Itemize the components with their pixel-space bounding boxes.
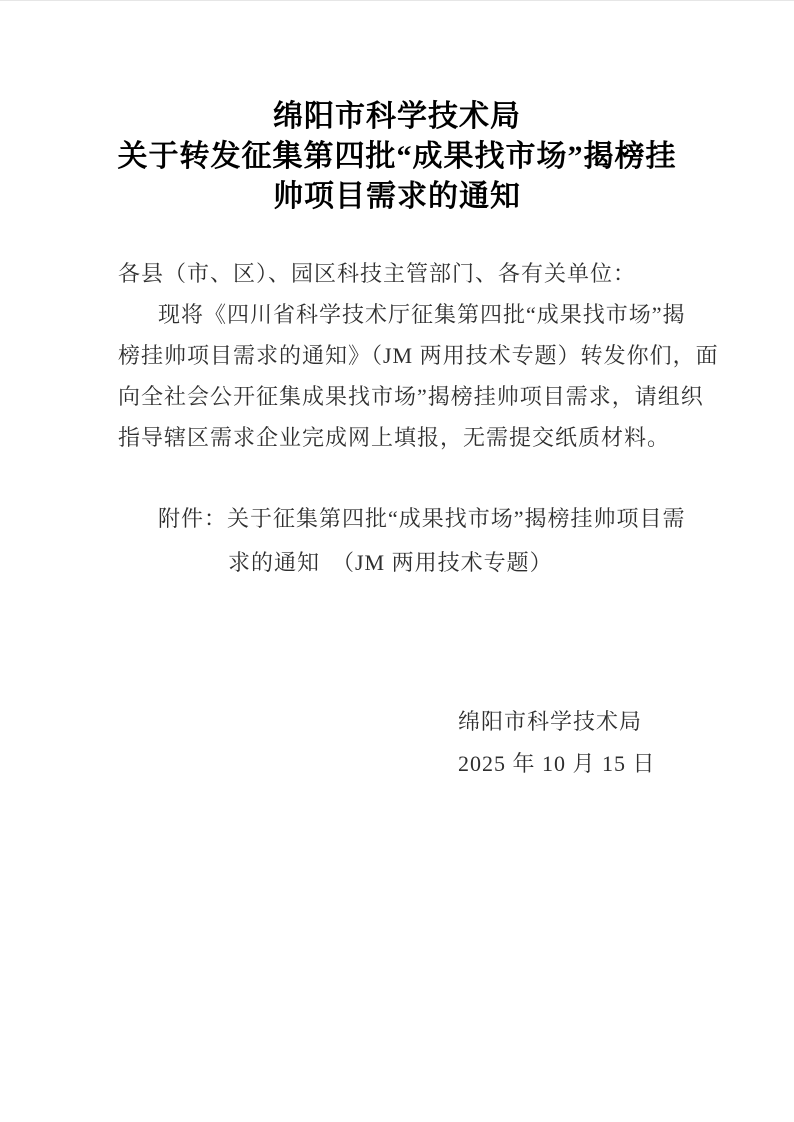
salutation: 各县（市、区）、园区科技主管部门、各有关单位：	[118, 253, 678, 294]
title-line-3: 帅项目需求的通知	[0, 177, 794, 217]
issuing-authority: 绵阳市科学技术局	[458, 701, 656, 743]
issue-date: 2025 年 10 月 15 日	[458, 743, 656, 785]
paragraph-line: 榜挂帅项目需求的通知》（JM 两用技术专题）转发你们，面	[118, 335, 678, 376]
attachment-section: 附件：关于征集第四批“成果找市场”揭榜挂帅项目需 求的通知 （JM 两用技术专题…	[118, 497, 678, 585]
title-line-1: 绵阳市科学技术局	[0, 97, 794, 137]
notice-title: 绵阳市科学技术局 关于转发征集第四批“成果找市场”揭榜挂 帅项目需求的通知	[0, 97, 794, 217]
notice-body: 各县（市、区）、园区科技主管部门、各有关单位： 现将《四川省科学技术厅征集第四批…	[118, 253, 678, 458]
signature-section: 绵阳市科学技术局 2025 年 10 月 15 日	[458, 701, 656, 785]
paragraph-line: 向全社会公开征集成果找市场”揭榜挂帅项目需求，请组织	[118, 376, 678, 417]
paragraph-line: 现将《四川省科学技术厅征集第四批“成果找市场”揭	[118, 294, 678, 335]
paragraph-line: 指导辖区需求企业完成网上填报，无需提交纸质材料。	[118, 417, 678, 458]
attachment-line-1: 附件：关于征集第四批“成果找市场”揭榜挂帅项目需	[118, 497, 678, 541]
notice-page: 绵阳市科学技术局 关于转发征集第四批“成果找市场”揭榜挂 帅项目需求的通知 各县…	[0, 0, 794, 1122]
title-line-2: 关于转发征集第四批“成果找市场”揭榜挂	[0, 137, 794, 177]
attachment-line-2: 求的通知 （JM 两用技术专题）	[118, 541, 678, 585]
